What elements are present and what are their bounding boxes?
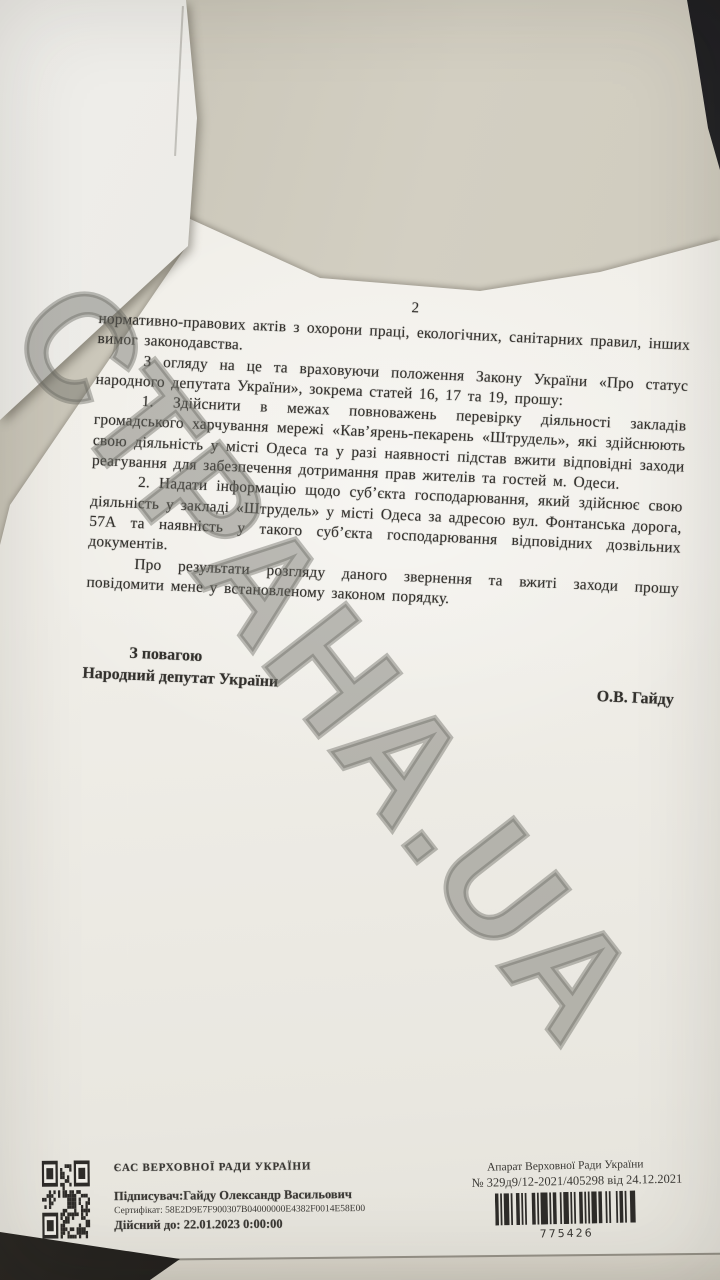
esignature-stamp: ЄАС ВЕРХОВНОЇ РАДИ УКРАЇНИ Підписувач:Га… <box>42 1151 445 1239</box>
esignature-text: ЄАС ВЕРХОВНОЇ РАДИ УКРАЇНИ Підписувач:Га… <box>114 1151 445 1238</box>
signer-info: Підписувач:Гайду Олександр Васильович <box>114 1186 444 1204</box>
system-name: ЄАС ВЕРХОВНОЇ РАДИ УКРАЇНИ <box>114 1159 444 1174</box>
registration-org: Апарат Верховної Ради України <box>471 1158 659 1174</box>
barcode-icon <box>495 1191 638 1226</box>
certificate-info: Сертифікат: 58E2D9E7F900307B04000000E438… <box>114 1203 444 1216</box>
signer-name: О.В. Гайду <box>596 686 674 711</box>
letter-body: 2 нормативно-правових актів з охорони пр… <box>82 286 691 712</box>
validity-info: Дійсний до: 22.01.2023 0:00:00 <box>114 1215 444 1233</box>
registration-stamp: Апарат Верховної Ради України № 329д9/12… <box>471 1158 661 1242</box>
document-photo: 2 нормативно-правових актів з охорони пр… <box>0 0 720 1280</box>
registration-number: № 329д9/12-2021/405298 від 24.12.2021 <box>471 1172 659 1191</box>
signature-left: З повагою Народний депутат України <box>82 641 280 694</box>
qr-code-icon <box>42 1160 91 1238</box>
